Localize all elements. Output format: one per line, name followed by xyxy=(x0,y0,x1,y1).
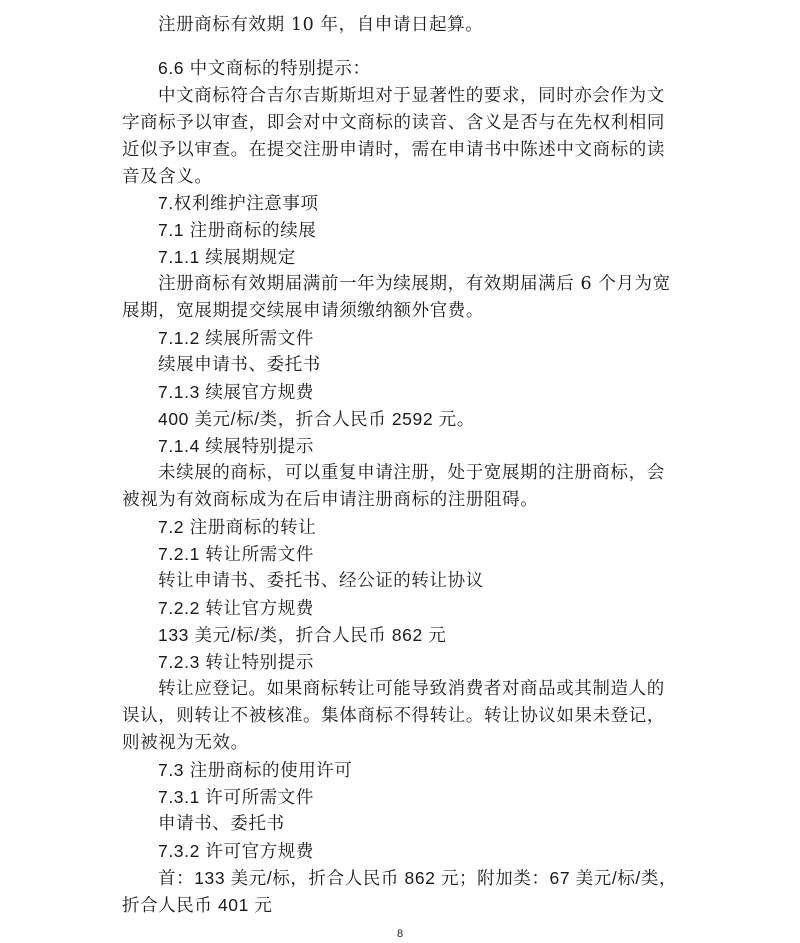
paragraph-transfer-notes-line-1: 转让应登记。如果商标转让可能导致消费者对商品或其制造人的 xyxy=(158,678,665,700)
heading-7-2-1: 7.2.1 转让所需文件 xyxy=(158,543,314,565)
heading-7-1: 7.1 注册商标的续展 xyxy=(158,219,316,241)
paragraph-renewal-period-line-2: 展期，宽展期提交续展申请须缴纳额外官费。 xyxy=(122,300,484,322)
paragraph-license-documents: 申请书、委托书 xyxy=(158,813,285,835)
paragraph-renewal-fee: 400 美元/标/类，折合人民币 2592 元。 xyxy=(158,408,475,430)
heading-7-2: 7.2 注册商标的转让 xyxy=(158,516,316,538)
paragraph-chinese-trademark-line-2: 字商标予以审查，即会对中文商标的读音、含义是否与在先权利相同 xyxy=(122,112,665,134)
heading-7-1-1: 7.1.1 续展期规定 xyxy=(158,246,296,268)
heading-7-1-2: 7.1.2 续展所需文件 xyxy=(158,327,314,349)
paragraph-renewal-period-line-1: 注册商标有效期届满前一年为续展期，有效期届满后 6 个月为宽 xyxy=(158,273,671,295)
paragraph-renewal-notes-line-1: 未续展的商标，可以重复申请注册，处于宽展期的注册商标，会 xyxy=(158,462,665,484)
paragraph-transfer-documents: 转让申请书、委托书、经公证的转让协议 xyxy=(158,570,484,592)
heading-7-1-4: 7.1.4 续展特别提示 xyxy=(158,435,314,457)
heading-7-2-3: 7.2.3 转让特别提示 xyxy=(158,651,314,673)
heading-7-2-2: 7.2.2 转让官方规费 xyxy=(158,597,314,619)
page-number: 8 xyxy=(0,928,800,940)
heading-7-3-1: 7.3.1 许可所需文件 xyxy=(158,786,314,808)
paragraph-chinese-trademark-line-3: 近似予以审查。在提交注册申请时，需在申请书中陈述中文商标的读 xyxy=(122,139,665,161)
paragraph-trademark-validity: 注册商标有效期 10 年，自申请日起算。 xyxy=(158,14,483,36)
paragraph-chinese-trademark-line-4: 音及含义。 xyxy=(122,166,213,188)
paragraph-transfer-fee: 133 美元/标/类，折合人民币 862 元 xyxy=(158,624,446,646)
paragraph-license-fee-line-2: 折合人民币 401 元 xyxy=(122,894,273,916)
paragraph-transfer-notes-line-3: 则被视为无效。 xyxy=(122,732,249,754)
heading-7-1-3: 7.1.3 续展官方规费 xyxy=(158,381,314,403)
paragraph-license-fee-line-1: 首：133 美元/标，折合人民币 862 元；附加类：67 美元/标/类， xyxy=(158,867,677,889)
paragraph-chinese-trademark-line-1: 中文商标符合吉尔吉斯斯坦对于显著性的要求，同时亦会作为文 xyxy=(158,85,665,107)
paragraph-transfer-notes-line-2: 误认，则转让不被核准。集体商标不得转让。转让协议如果未登记， xyxy=(122,705,665,727)
heading-7-3-2: 7.3.2 许可官方规费 xyxy=(158,840,314,862)
heading-7: 7.权利维护注意事项 xyxy=(158,192,319,214)
paragraph-renewal-documents: 续展申请书、委托书 xyxy=(158,354,321,376)
heading-6-6: 6.6 中文商标的特别提示： xyxy=(158,57,371,79)
heading-7-3: 7.3 注册商标的使用许可 xyxy=(158,759,353,781)
paragraph-renewal-notes-line-2: 被视为有效商标成为在后申请注册商标的注册阻碍。 xyxy=(122,489,538,511)
